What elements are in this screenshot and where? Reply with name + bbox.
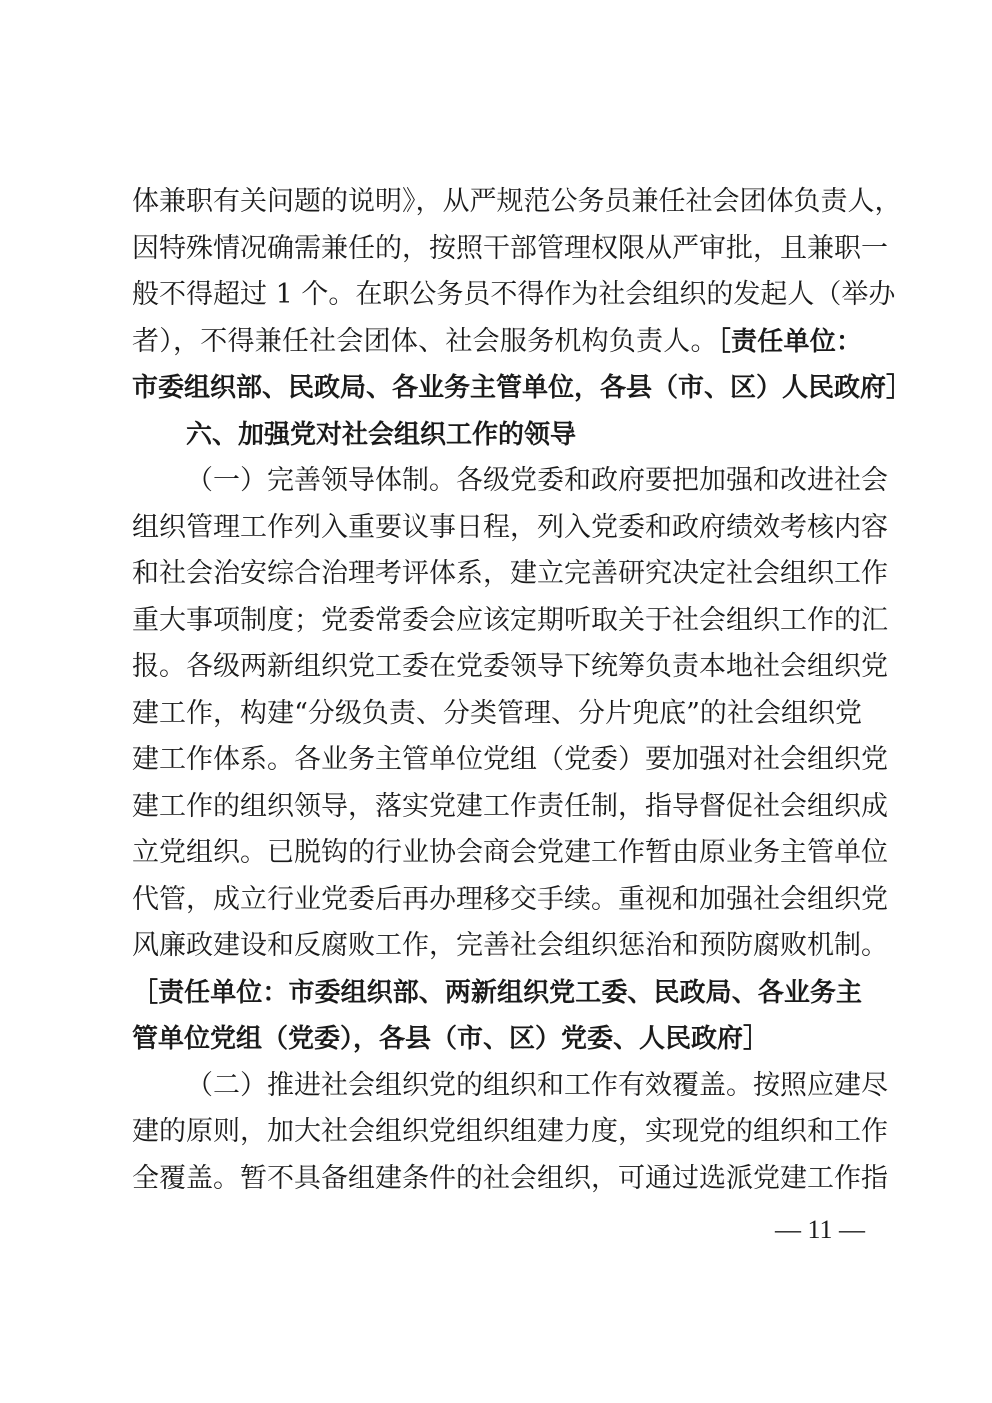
body-line: 因特殊情况确需兼任的，按照干部管理权限从严审批，且兼职一 xyxy=(132,226,862,272)
responsibility-line: ［责任单位：市委组织部、两新组织党工委、民政局、各业务主 xyxy=(132,970,862,1016)
body-line: 报。各级两新组织党工委在党委领导下统筹负责本地社会组织党 xyxy=(132,644,862,690)
paragraph-start: （二）推进社会组织党的组织和工作有效覆盖。按照应建尽 xyxy=(186,1063,862,1109)
paragraph-start: （一）完善领导体制。各级党委和政府要把加强和改进社会 xyxy=(186,458,862,504)
body-line: 般不得超过 1 个。在职公务员不得作为社会组织的发起人（举办 xyxy=(132,272,862,318)
body-line: 重大事项制度；党委常委会应该定期听取关于社会组织工作的汇 xyxy=(132,598,862,644)
body-line: 立党组织。已脱钩的行业协会商会党建工作暂由原业务主管单位 xyxy=(132,830,862,876)
body-line: 组织管理工作列入重要议事日程，列入党委和政府绩效考核内容 xyxy=(132,505,862,551)
body-line: 代管，成立行业党委后再办理移交手续。重视和加强社会组织党 xyxy=(132,877,862,923)
body-line: 建工作体系。各业务主管单位党组（党委）要加强对社会组织党 xyxy=(132,737,862,783)
body-line: 建工作的组织领导，落实党建工作责任制，指导督促社会组织成 xyxy=(132,784,862,830)
body-line-mixed: 者），不得兼任社会团体、社会服务机构负责人。［责任单位： xyxy=(132,319,862,365)
body-line: 建工作，构建“分级负责、分类管理、分片兜底”的社会组织党 xyxy=(132,691,862,737)
body-line: 建的原则，加大社会组织党组织组建力度，实现党的组织和工作 xyxy=(132,1109,862,1155)
responsibility-line: 管单位党组（党委），各县（市、区）党委、人民政府］ xyxy=(132,1016,862,1062)
responsibility-label: ［责任单位： xyxy=(718,327,862,357)
section-heading: 六、加强党对社会组织工作的领导 xyxy=(186,412,862,458)
body-line: 全覆盖。暂不具备组建条件的社会组织，可通过选派党建工作指 xyxy=(132,1156,862,1202)
body-line: 风廉政建设和反腐败工作，完善社会组织惩治和预防腐败机制。 xyxy=(132,923,862,969)
document-page: 体兼职有关问题的说明》，从严规范公务员兼任社会团体负责人， 因特殊情况确需兼任的… xyxy=(0,0,992,1403)
body-text: 者），不得兼任社会团体、社会服务机构负责人。 xyxy=(132,326,718,357)
body-line: 体兼职有关问题的说明》，从严规范公务员兼任社会团体负责人， xyxy=(132,179,862,225)
responsibility-line: 市委组织部、民政局、各业务主管单位，各县（市、区）人民政府］ xyxy=(132,365,862,411)
page-number: — 11 — xyxy=(775,1212,865,1248)
body-line: 和社会治安综合治理考评体系，建立完善研究决定社会组织工作 xyxy=(132,551,862,597)
